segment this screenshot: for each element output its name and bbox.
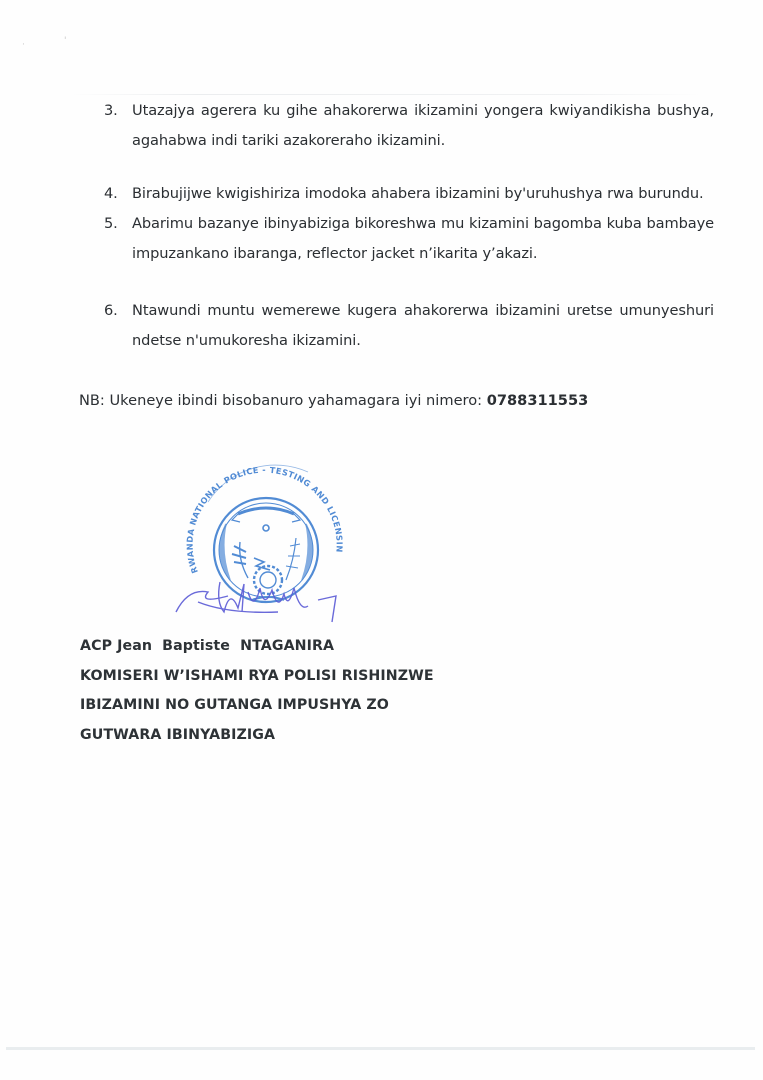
list-item-number: 5. — [104, 209, 118, 239]
list-item-number: 3. — [104, 96, 118, 126]
police-seal-icon: RWANDA NATIONAL POLICE - TESTING AND LIC… — [168, 462, 368, 632]
list-item: 4. Birabujijwe kwigishiriza imodoka ahab… — [104, 179, 714, 209]
list-item-text: Utazajya agerera ku gihe ahakorerwa ikiz… — [132, 96, 714, 156]
signatory-title-line: GUTWARA IBINYABIZIGA — [80, 721, 434, 751]
signatory-name: ACP Jean Baptiste NTAGANIRA — [80, 632, 434, 662]
rules-list: 3. Utazajya agerera ku gihe ahakorerwa i… — [104, 96, 714, 356]
list-item-number: 4. — [104, 179, 118, 209]
signatory-title-line: KOMISERI W’ISHAMI RYA POLISI RISHINZWE — [80, 662, 434, 692]
scan-speck: · — [22, 40, 25, 50]
contact-note-label: NB: Ukeneye ibindi bisobanuro yahamagara… — [79, 392, 487, 409]
document-page: · ' 3. Utazajya agerera ku gihe ahakorer… — [0, 0, 763, 1080]
list-item-text: Ntawundi muntu wemerewe kugera ahakorerw… — [132, 296, 714, 356]
scan-artifact-line — [70, 94, 703, 95]
list-item: 5. Abarimu bazanye ibinyabiziga bikoresh… — [104, 209, 714, 269]
contact-phone-number: 0788311553 — [487, 392, 589, 409]
scan-artifact-line — [6, 1047, 755, 1050]
signatory-title-line: IBIZAMINI NO GUTANGA IMPUSHYA ZO — [80, 691, 434, 721]
official-stamp: RWANDA NATIONAL POLICE - TESTING AND LIC… — [168, 462, 368, 632]
contact-note: NB: Ukeneye ibindi bisobanuro yahamagara… — [79, 392, 588, 409]
signatory-block: ACP Jean Baptiste NTAGANIRA KOMISERI W’I… — [80, 632, 434, 750]
list-item: 3. Utazajya agerera ku gihe ahakorerwa i… — [104, 96, 714, 156]
list-item-number: 6. — [104, 296, 118, 326]
list-item: 6. Ntawundi muntu wemerewe kugera ahakor… — [104, 296, 714, 356]
scan-speck: ' — [64, 36, 66, 46]
list-item-text: Abarimu bazanye ibinyabiziga bikoreshwa … — [132, 209, 714, 269]
list-item-text: Birabujijwe kwigishiriza imodoka ahabera… — [132, 179, 714, 209]
